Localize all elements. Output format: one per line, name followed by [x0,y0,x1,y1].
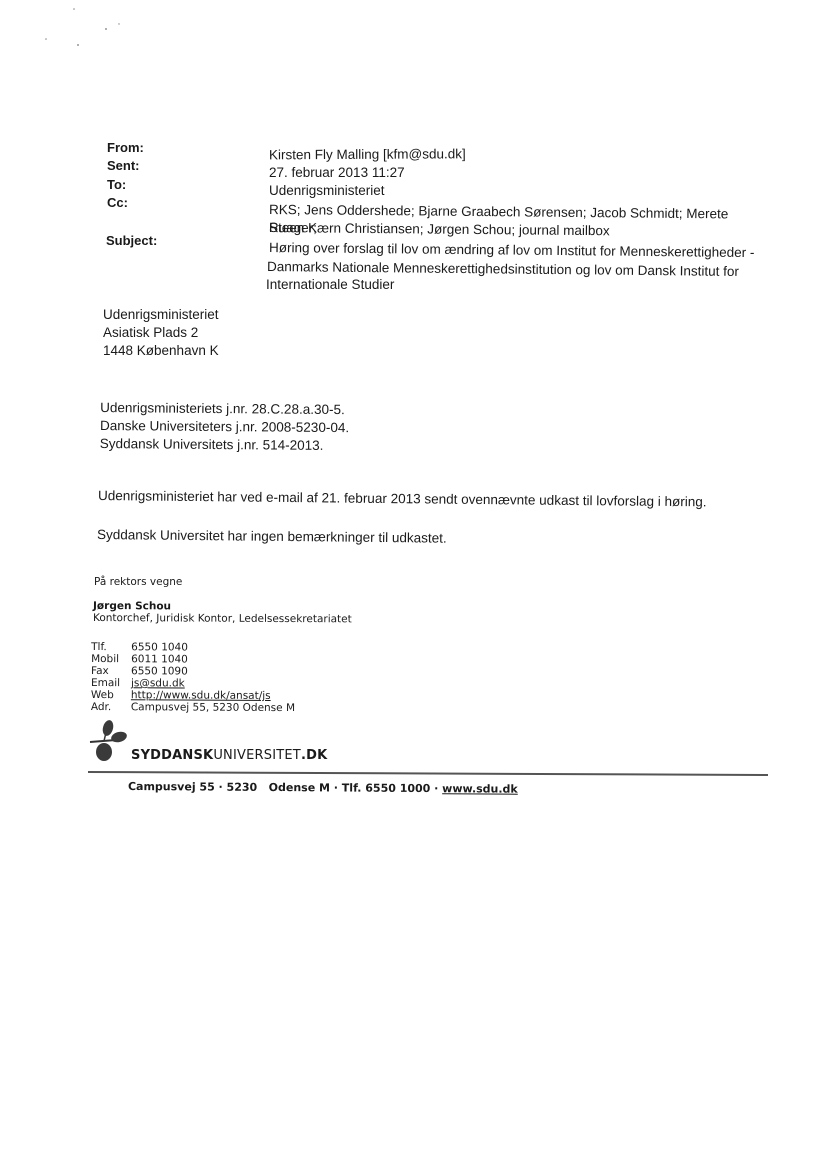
contact-fax: Fax6550 1090 [91,665,295,678]
to-label: To: [107,177,126,192]
contact-value: 6550 1090 [131,665,188,677]
contact-web: Webhttp://www.sdu.dk/ansat/js [91,689,295,702]
sdu-leaf-logo-icon [86,718,131,763]
contact-email: Emailjs@sdu.dk [91,677,295,690]
cc-label: Cc: [107,195,128,210]
brand-thin: UNIVERSITET [213,748,301,763]
email-link[interactable]: js@sdu.dk [131,677,185,689]
from-label: From: [107,140,144,155]
brand-suffix: .DK [301,748,327,763]
contact-label: Fax [91,665,131,677]
on-behalf-text: På rektors vegne [94,576,182,588]
contact-list: Tlf.6550 1040 Mobil6011 1040 Fax6550 109… [91,641,296,714]
signer-title: Kontorchef, Juridisk Kontor, Ledelsessek… [93,612,352,625]
sent-label: Sent: [107,158,140,173]
address-line-1: Udenrigsministeriet [103,306,219,324]
sdu-brand-wordmark: SYDDANSKUNIVERSITET.DK [131,748,327,763]
footer-address: Campusvej 55 · 5230 Odense M · Tlf. 6550… [128,780,518,796]
reference-line-3: Syddansk Universitets j.nr. 514-2013. [100,435,349,455]
contact-value: Campusvej 55, 5230 Odense M [131,701,295,714]
recipient-address: Udenrigsministeriet Asiatisk Plads 2 144… [103,306,219,360]
contact-label: Adr. [91,701,131,713]
contact-address: Adr.Campusvej 55, 5230 Odense M [91,701,295,714]
brand-bold: SYDDANSK [131,748,213,763]
cc-line-2: Steen Kærn Christiansen; Jørgen Schou; j… [269,219,779,242]
signature-block: Jørgen Schou Kontorchef, Juridisk Kontor… [93,600,352,625]
address-line-2: Asiatisk Plads 2 [103,324,219,342]
from-value: Kirsten Fly Malling [kfm@sdu.dk] [269,144,779,165]
contact-label: Web [91,689,131,701]
footer-website-link[interactable]: www.sdu.dk [442,782,518,796]
footer-divider [88,771,768,776]
contact-mobile: Mobil6011 1040 [91,653,295,666]
web-link[interactable]: http://www.sdu.dk/ansat/js [131,689,271,702]
body-paragraph-1: Udenrigsministeriet har ved e-mail af 21… [98,487,707,511]
reference-line-1: Udenrigsministeriets j.nr. 28.C.28.a.30-… [100,399,349,419]
contact-value: 6011 1040 [131,653,188,665]
contact-value: 6550 1040 [131,641,188,653]
body-paragraph-2: Syddansk Universitet har ingen bemærknin… [97,526,447,548]
scan-specks [0,0,160,70]
reference-numbers: Udenrigsministeriets j.nr. 28.C.28.a.30-… [100,399,350,455]
reference-line-2: Danske Universiteters j.nr. 2008-5230-04… [100,417,349,437]
footer-text: Campusvej 55 · 5230 Odense M · Tlf. 6550… [128,780,442,795]
subject-label: Subject: [106,233,157,248]
address-line-3: 1448 København K [103,342,219,360]
contact-label: Mobil [91,653,131,665]
contact-phone: Tlf.6550 1040 [91,641,295,654]
sent-value: 27. februar 2013 11:27 [269,164,779,182]
contact-label: Email [91,677,131,689]
subject-line-3: Internationale Studier [266,276,776,294]
contact-label: Tlf. [91,641,131,653]
to-value: Udenrigsministeriet [269,182,779,200]
